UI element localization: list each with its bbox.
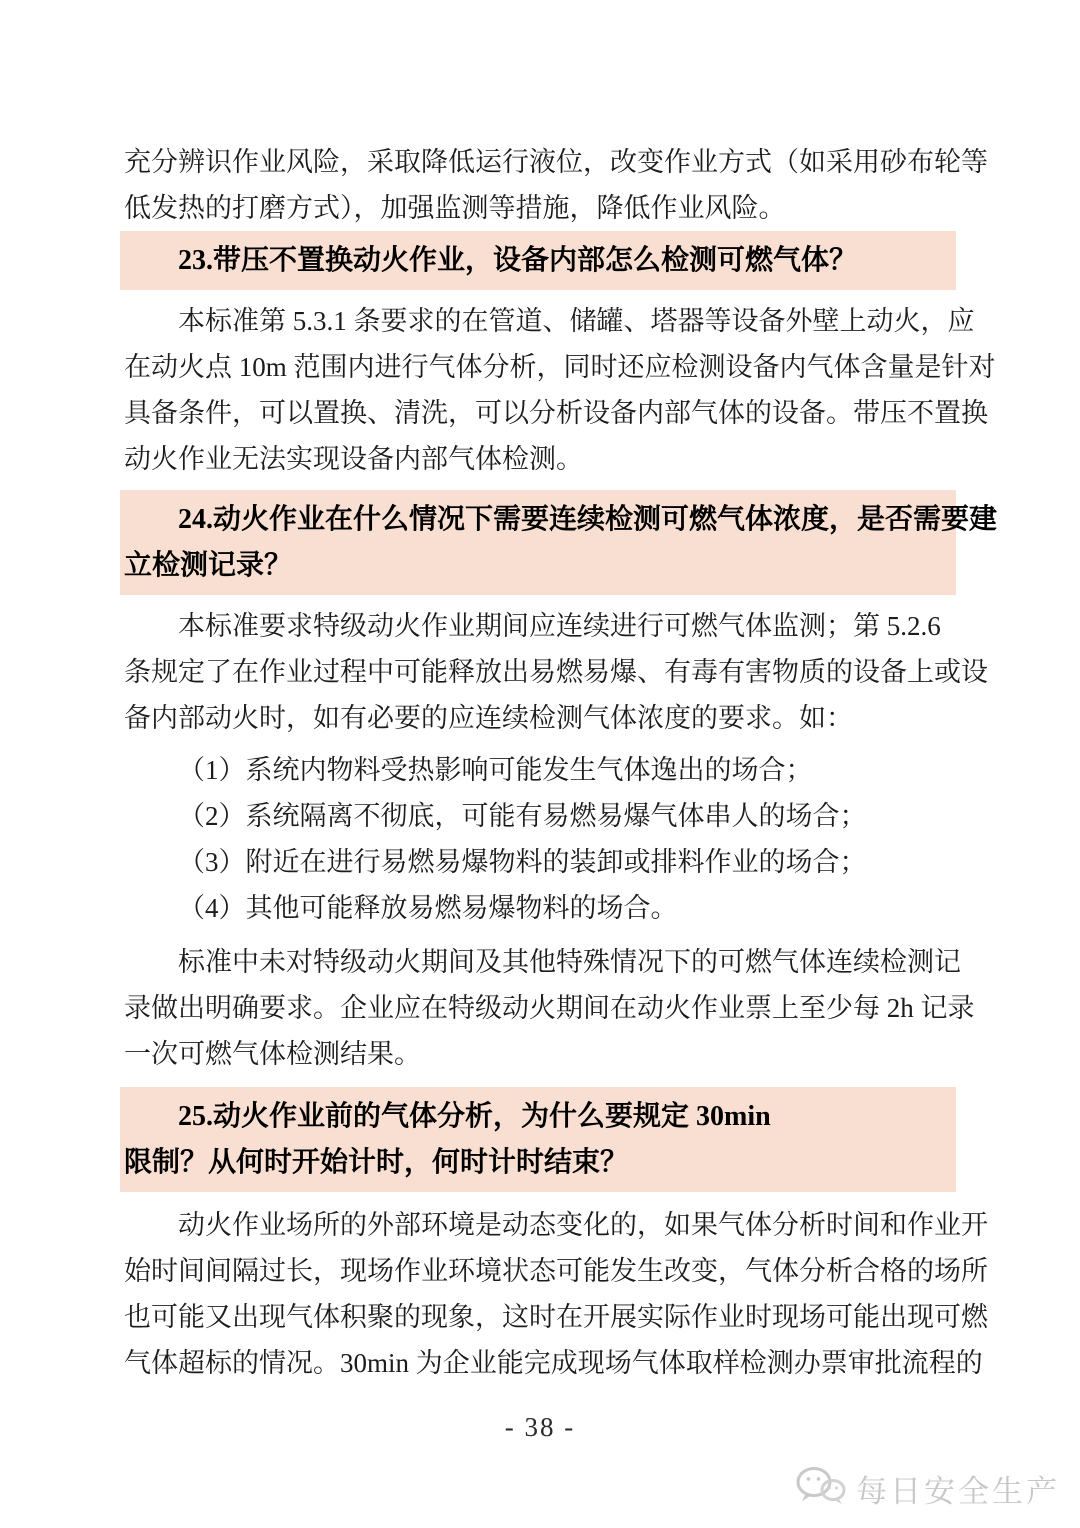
text-line: 动火作业无法实现设备内部气体检测。 (124, 436, 952, 482)
text-line: 录做出明确要求。企业应在特级动火期间在动火作业票上至少每 2h 记录 (124, 985, 952, 1031)
question-23-heading: 23.带压不置换动火作业，设备内部怎么检测可燃气体？ (120, 231, 956, 290)
page-number: - 38 - (0, 1412, 1080, 1443)
document-content: 充分辨识作业风险，采取降低运行液位，改变作业方式（如采用砂布轮等 低发热的打磨方… (124, 139, 952, 1386)
list-item: （4）其他可能释放易燃易爆物料的场合。 (124, 885, 952, 931)
document-page: 充分辨识作业风险，采取降低运行液位，改变作业方式（如采用砂布轮等 低发热的打磨方… (0, 0, 1080, 1528)
text-line: 本标准第 5.3.1 条要求的在管道、储罐、塔器等设备外壁上动火，应 (124, 298, 952, 344)
text-line: 本标准要求特级动火作业期间应连续进行可燃气体监测；第 5.2.6 (124, 603, 952, 649)
intro-paragraph: 充分辨识作业风险，采取降低运行液位，改变作业方式（如采用砂布轮等 低发热的打磨方… (124, 139, 952, 231)
heading-line: 23.带压不置换动火作业，设备内部怎么检测可燃气体？ (124, 238, 952, 284)
watermark: 每日安全生产 (794, 1464, 1060, 1513)
question-24-heading: 24.动火作业在什么情况下需要连续检测可燃气体浓度，是否需要建 立检测记录？ (120, 490, 956, 595)
question-24-note: 标准中未对特级动火期间及其他特殊情况下的可燃气体连续检测记 录做出明确要求。企业… (124, 939, 952, 1077)
text-line: 在动火点 10m 范围内进行气体分析，同时还应检测设备内气体含量是针对 (124, 344, 952, 390)
text-line: 标准中未对特级动火期间及其他特殊情况下的可燃气体连续检测记 (124, 939, 952, 985)
text-line: 始时间间隔过长，现场作业环境状态可能发生改变，气体分析合格的场所 (124, 1248, 952, 1294)
text-line: 也可能又出现气体积聚的现象，这时在开展实际作业时现场可能出现可燃 (124, 1294, 952, 1340)
text-line: 条规定了在作业过程中可能释放出易燃易爆、有毒有害物质的设备上或设 (124, 649, 952, 695)
question-25-heading: 25.动火作业前的气体分析，为什么要规定 30min 限制？从何时开始计时，何时… (120, 1087, 956, 1192)
text-line: 动火作业场所的外部环境是动态变化的，如果气体分析时间和作业开 (124, 1202, 952, 1248)
list-item: （1）系统内物料受热影响可能发生气体逸出的场合； (124, 747, 952, 793)
heading-line: 立检测记录？ (124, 543, 952, 589)
text-line: 具备条件，可以置换、清洗，可以分析设备内部气体的设备。带压不置换 (124, 390, 952, 436)
text-line: 备内部动火时，如有必要的应连续检测气体浓度的要求。如： (124, 695, 952, 741)
text-line: 一次可燃气体检测结果。 (124, 1031, 952, 1077)
watermark-label: 每日安全生产 (856, 1466, 1060, 1511)
question-23-answer: 本标准第 5.3.1 条要求的在管道、储罐、塔器等设备外壁上动火，应 在动火点 … (124, 298, 952, 482)
heading-line: 24.动火作业在什么情况下需要连续检测可燃气体浓度，是否需要建 (124, 497, 952, 543)
question-24-answer: 本标准要求特级动火作业期间应连续进行可燃气体监测；第 5.2.6 条规定了在作业… (124, 603, 952, 741)
text-line: 充分辨识作业风险，采取降低运行液位，改变作业方式（如采用砂布轮等 (124, 139, 952, 185)
list-item: （3）附近在进行易燃易爆物料的装卸或排料作业的场合； (124, 839, 952, 885)
question-24-scenario-list: （1）系统内物料受热影响可能发生气体逸出的场合； （2）系统隔离不彻底，可能有易… (124, 747, 952, 931)
text-line: 气体超标的情况。30min 为企业能完成现场气体取样检测办票审批流程的 (124, 1340, 952, 1386)
heading-line: 限制？从何时开始计时，何时计时结束？ (124, 1140, 952, 1186)
heading-line: 25.动火作业前的气体分析，为什么要规定 30min (124, 1094, 952, 1140)
question-25-answer: 动火作业场所的外部环境是动态变化的，如果气体分析时间和作业开 始时间间隔过长，现… (124, 1202, 952, 1386)
text-line: 低发热的打磨方式），加强监测等措施，降低作业风险。 (124, 185, 952, 231)
list-item: （2）系统隔离不彻底，可能有易燃易爆气体串人的场合； (124, 793, 952, 839)
wechat-icon (794, 1464, 846, 1513)
